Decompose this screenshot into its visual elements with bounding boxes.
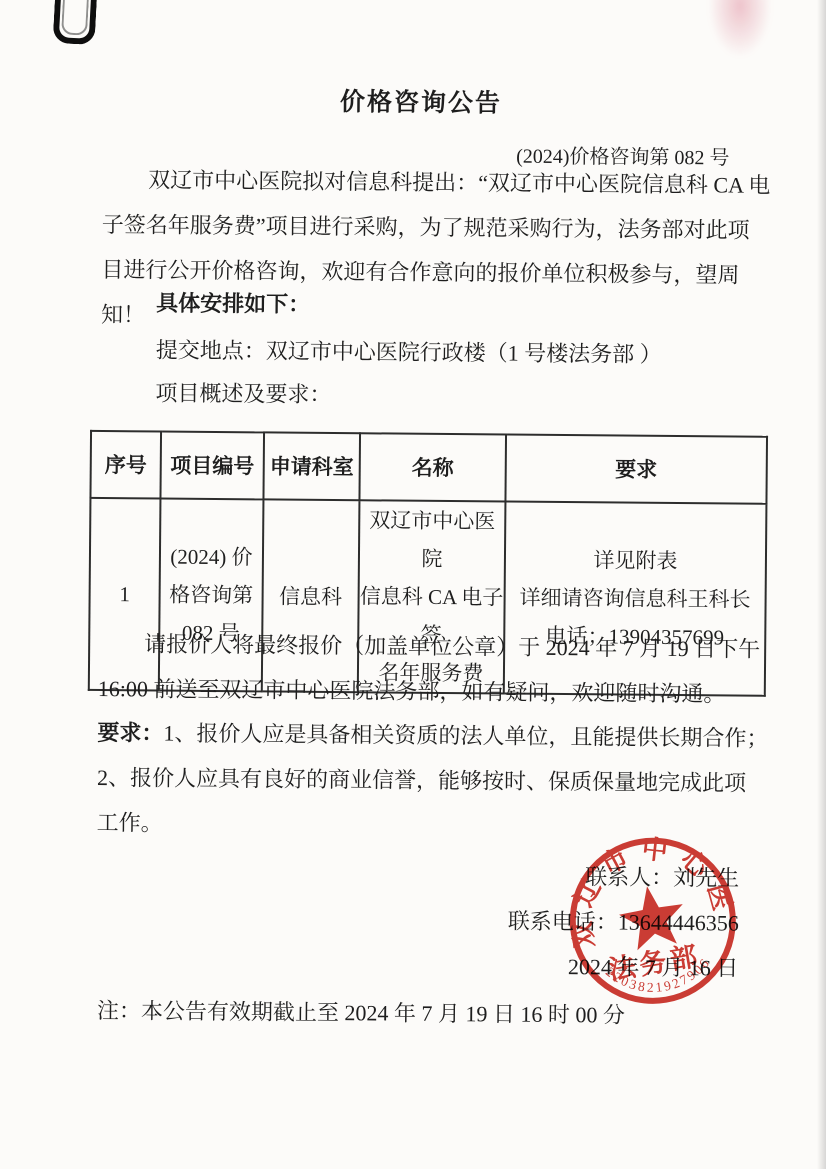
overview-heading: 项目概述及要求： — [100, 370, 775, 421]
arrangement-heading: 具体安排如下： — [101, 280, 776, 331]
col-header-seq: 序号 — [90, 431, 161, 499]
col-header-name: 名称 — [359, 433, 506, 501]
col-header-project-no: 项目编号 — [160, 432, 264, 500]
scan-edge-shadow — [817, 0, 826, 1169]
table-header-row: 序号 项目编号 申请科室 名称 要求 — [90, 431, 767, 504]
official-seal-stamp: 双辽市中心医院 法务部 2203821927906 — [538, 806, 768, 1036]
scanned-document-page: 价格咨询公告 (2024)价格咨询第 082 号 双辽市中心医院拟对信息科提出：… — [0, 0, 826, 1169]
seal-star — [615, 881, 689, 952]
col-header-department: 申请科室 — [263, 432, 360, 500]
document-content: 价格咨询公告 (2024)价格咨询第 082 号 双辽市中心医院拟对信息科提出：… — [0, 0, 826, 1169]
col-header-requirement: 要求 — [505, 435, 767, 504]
requirements-label: 要求： — [97, 720, 163, 746]
paperclip — [53, 0, 98, 45]
validity-note: 注：本公告有效期截止至 2024 年 7 月 19 日 16 时 00 分 — [97, 988, 625, 1038]
deadline-paragraph: 请报价人将最终报价（加盖单位公章）于 2024 年 7 月 19 日下午 16:… — [98, 621, 774, 717]
document-title: 价格咨询公告 — [8, 79, 826, 122]
ink-smudge — [708, 0, 772, 58]
